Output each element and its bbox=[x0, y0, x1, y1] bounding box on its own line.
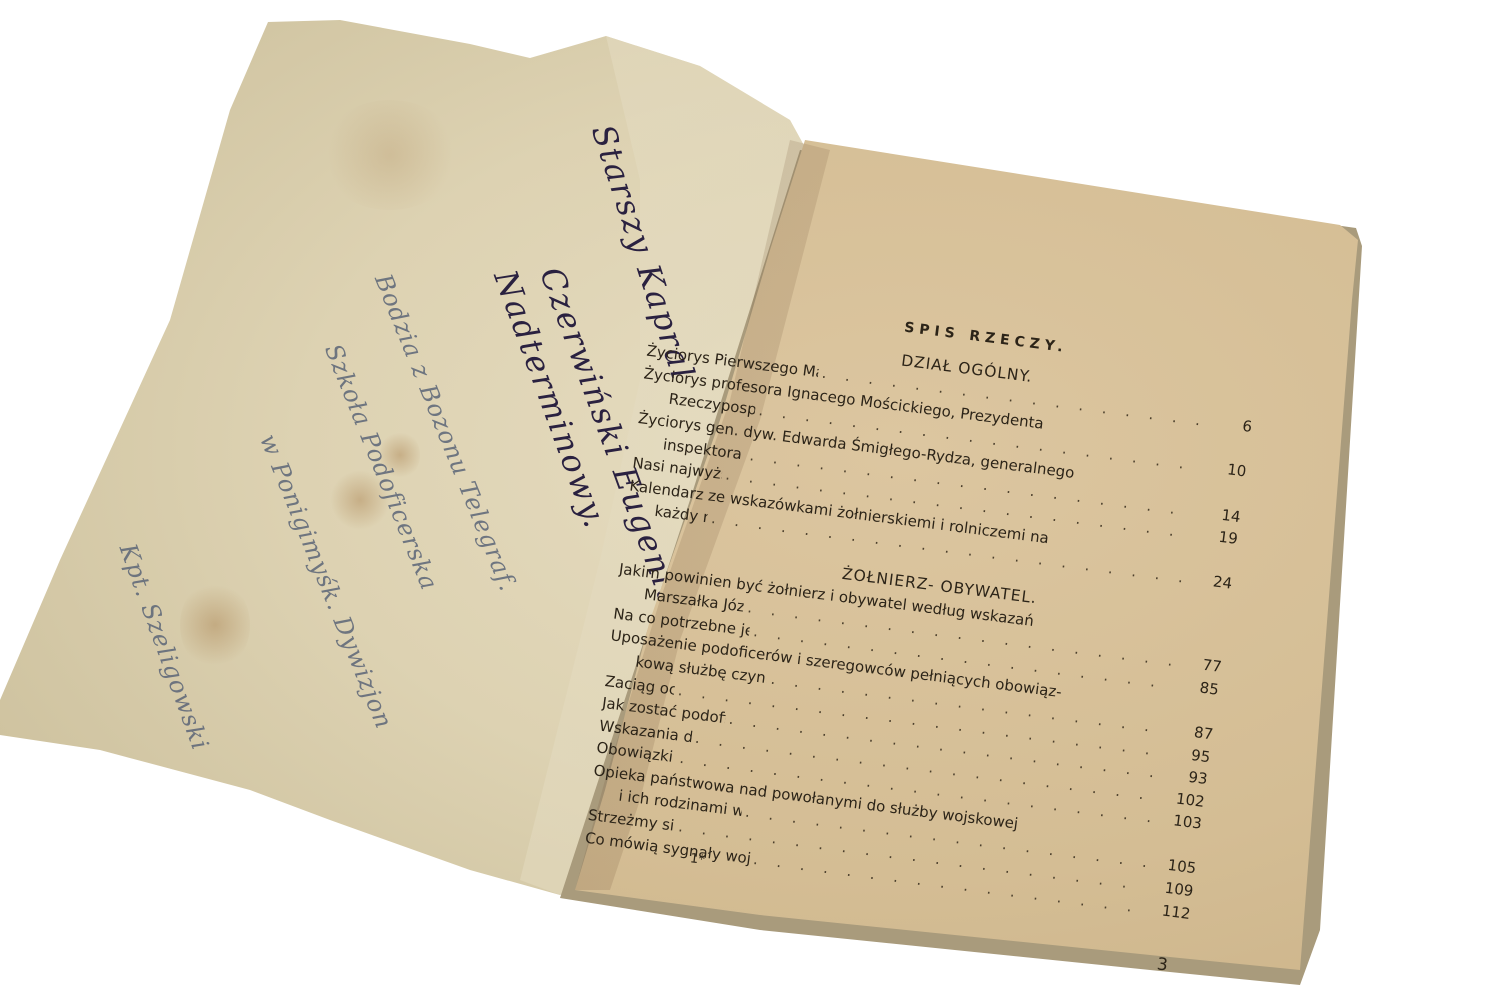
signature-mark: 1* bbox=[689, 851, 705, 868]
table-of-contents: SPIS RZECZY. DZIAŁ OGÓLNY.Życiorys Pierw… bbox=[584, 285, 1260, 925]
stain bbox=[180, 580, 250, 670]
photo-scene: Starszy Kapral Czerwiński Eugeniusz Nadt… bbox=[0, 0, 1500, 1000]
toc-body: DZIAŁ OGÓLNY.Życiorys Pierwszego Marszał… bbox=[584, 317, 1256, 925]
stain bbox=[320, 100, 460, 210]
page-number: 3 bbox=[1156, 954, 1169, 975]
